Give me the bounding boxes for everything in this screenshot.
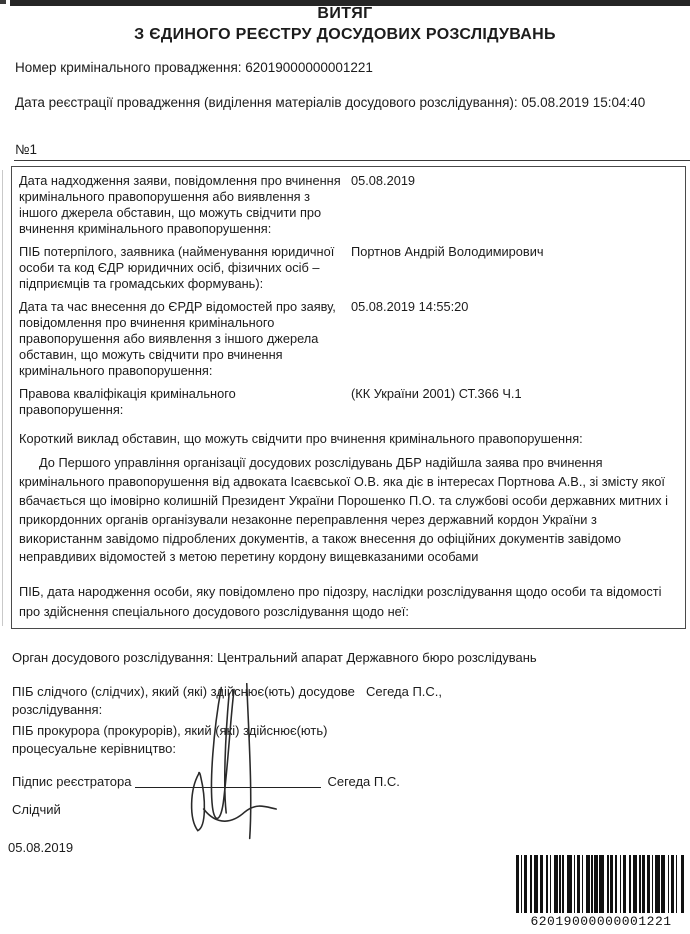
row-value: Портнов Андрій Володимирович	[351, 244, 681, 292]
registry-table: Дата надходження заяви, повідомлення про…	[11, 166, 686, 629]
scan-corner-artifact	[0, 0, 6, 4]
document-date: 05.08.2019	[8, 840, 73, 855]
summary-paragraph: До Першого управління організації досудо…	[19, 454, 681, 568]
registrar-signature-label: Підпис реєстратора	[12, 774, 131, 789]
scan-artifact-line	[2, 170, 3, 626]
registration-date-line: Дата реєстрації провадження (виділення м…	[15, 92, 673, 114]
barcode: 62019000000001221	[516, 855, 686, 929]
position-label: Слідчий	[12, 802, 61, 817]
barcode-bars	[516, 855, 686, 913]
investigation-body-line: Орган досудового розслідування: Централь…	[12, 650, 537, 665]
investigator-row: ПІБ слідчого (слідчих), який (які) здійс…	[12, 683, 672, 718]
summary-heading: Короткий виклад обставин, що можуть свід…	[19, 431, 681, 447]
row-value: (КК України 2001) СТ.366 Ч.1	[351, 386, 681, 418]
row-label: ПІБ потерпілого, заявника (найменування …	[19, 244, 343, 292]
barcode-number: 62019000000001221	[516, 914, 686, 929]
document-page: { "header": { "title_line1": "ВИТЯГ", "t…	[0, 0, 690, 934]
document-subtitle: З ЄДИНОГО РЕЄСТРУ ДОСУДОВИХ РОЗСЛІДУВАНЬ	[0, 26, 690, 44]
row-label: Дата та час внесення до ЄРДР відомостей …	[19, 299, 343, 379]
registrar-name: Сегеда П.С.	[327, 774, 399, 789]
table-row: Правова кваліфікація кримінального право…	[19, 386, 681, 418]
row-value: 05.08.2019	[351, 173, 681, 237]
suspect-info-label: ПІБ, дата народження особи, яку повідомл…	[19, 582, 681, 620]
case-number-line: Номер кримінального провадження: 6201900…	[15, 60, 373, 75]
table-row: Дата та час внесення до ЄРДР відомостей …	[19, 299, 681, 379]
table-row: Дата надходження заяви, повідомлення про…	[19, 173, 681, 237]
row-value: 05.08.2019 14:55:20	[351, 299, 681, 379]
row-label: Дата надходження заяви, повідомлення про…	[19, 173, 343, 237]
document-title: ВИТЯГ	[0, 5, 690, 23]
handwritten-signature	[186, 683, 284, 841]
prosecutor-label: ПІБ прокурора (прокурорів), який (які) з…	[12, 722, 357, 757]
horizontal-rule	[14, 160, 690, 161]
investigator-name: Сегеда П.С.,	[366, 683, 672, 718]
row-label: Правова кваліфікація кримінального право…	[19, 386, 343, 418]
table-row: ПІБ потерпілого, заявника (найменування …	[19, 244, 681, 292]
record-number: №1	[15, 142, 37, 157]
